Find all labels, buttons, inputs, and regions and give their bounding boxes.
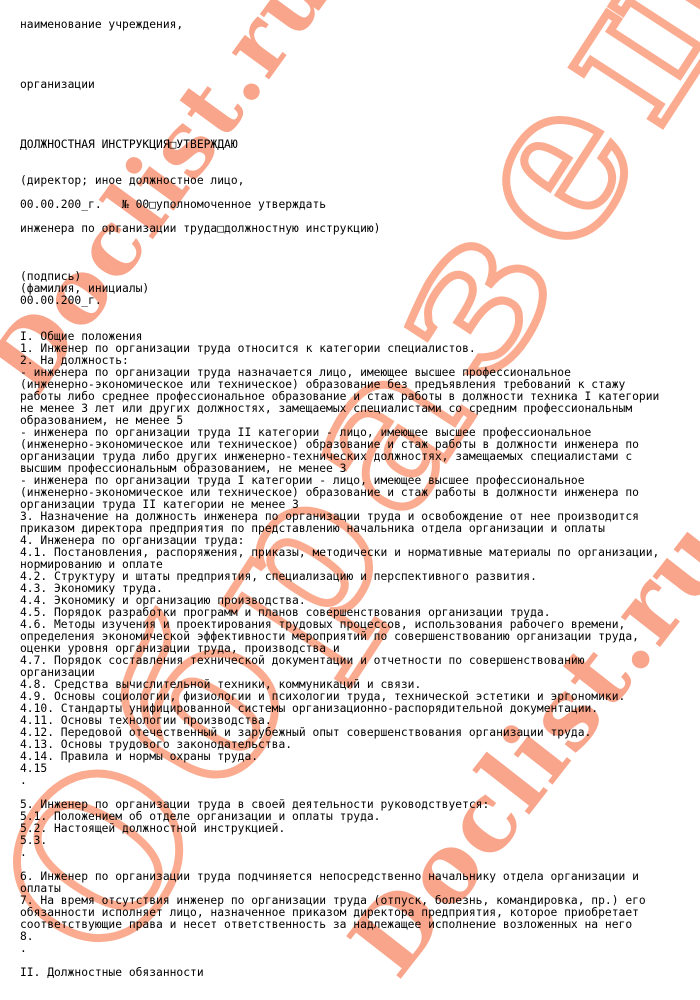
- document-page: Образец Doclist.ru Doclist.ru наименован…: [0, 0, 700, 1000]
- document-text: наименование учреждения, организации ДОЛ…: [20, 19, 659, 979]
